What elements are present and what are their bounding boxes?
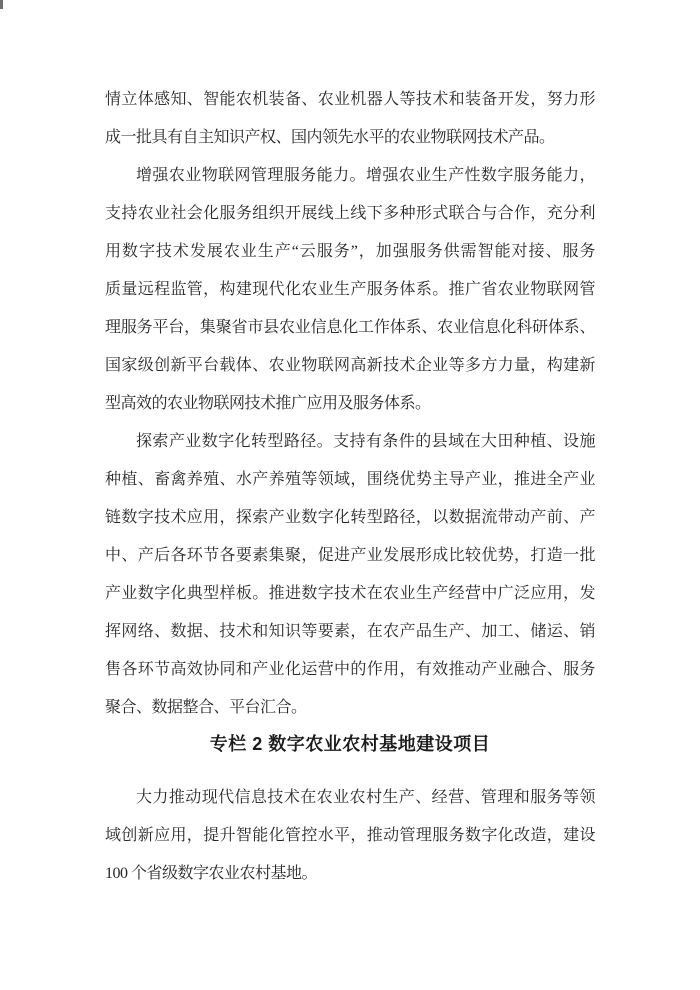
body-line: 质量远程监管，构建现代化农业生产服务体系。推广省农业物联网管 (105, 271, 595, 309)
body-line: 增强农业物联网管理服务能力。增强农业生产性数字服务能力， (105, 157, 595, 195)
body-line: 国家级创新平台载体、农业物联网高新技术企业等多方力量，构建新 (105, 347, 595, 385)
body-line: 聚合、数据整合、平台汇合。 (105, 689, 595, 727)
body-line: 挥网络、数据、技术和知识等要素，在农产品生产、加工、储运、销 (105, 613, 595, 651)
paragraph: 增强农业物联网管理服务能力。增强农业生产性数字服务能力， 支持农业社会化服务组织… (105, 157, 595, 423)
paragraph: 探索产业数字化转型路径。支持有条件的县域在大田种植、设施 种植、畜禽养殖、水产养… (105, 423, 595, 727)
scan-artifact (0, 0, 3, 9)
body-line: 产业数字化典型样板。推进数字技术在农业生产经营中广泛应用，发 (105, 575, 595, 613)
body-line: 链数字技术应用，探索产业数字化转型路径，以数据流带动产前、产 (105, 499, 595, 537)
paragraph: 大力推动现代信息技术在农业农村生产、经营、管理和服务等领 域创新应用，提升智能化… (105, 779, 595, 893)
body-line: 情立体感知、智能农机装备、农业机器人等技术和装备开发，努力形 (105, 81, 595, 119)
body-line: 大力推动现代信息技术在农业农村生产、经营、管理和服务等领 (105, 779, 595, 817)
body-line: 用数字技术发展农业生产“云服务”，加强服务供需智能对接、服务 (105, 233, 595, 271)
body-line: 售各环节高效协同和产业化运营中的作用，有效推动产业融合、服务 (105, 651, 595, 689)
page-content: 情立体感知、智能农机装备、农业机器人等技术和装备开发，努力形 成一批具有自主知识… (0, 0, 700, 893)
body-line: 理服务平台，集聚省市县农业信息化工作体系、农业信息化科研体系、 (105, 309, 595, 347)
body-line: 支持农业社会化服务组织开展线上线下多种形式联合与合作，充分利 (105, 195, 595, 233)
document-page: 情立体感知、智能农机装备、农业机器人等技术和装备开发，努力形 成一批具有自主知识… (0, 0, 700, 990)
paragraph: 情立体感知、智能农机装备、农业机器人等技术和装备开发，努力形 成一批具有自主知识… (105, 81, 595, 157)
body-line: 成一批具有自主知识产权、国内领先水平的农业物联网技术产品。 (105, 119, 595, 157)
body-line: 中、产后各环节各要素集聚，促进产业发展形成比较优势，打造一批 (105, 537, 595, 575)
box-heading: 专栏 2 数字农业农村基地建设项目 (105, 729, 595, 759)
body-line: 型高效的农业物联网技术推广应用及服务体系。 (105, 385, 595, 423)
body-line: 域创新应用，提升智能化管控水平，推动管理服务数字化改造，建设 (105, 817, 595, 855)
body-line: 种植、畜禽养殖、水产养殖等领域，围绕优势主导产业，推进全产业 (105, 461, 595, 499)
body-line: 100 个省级数字农业农村基地。 (105, 855, 595, 893)
body-line: 探索产业数字化转型路径。支持有条件的县域在大田种植、设施 (105, 423, 595, 461)
